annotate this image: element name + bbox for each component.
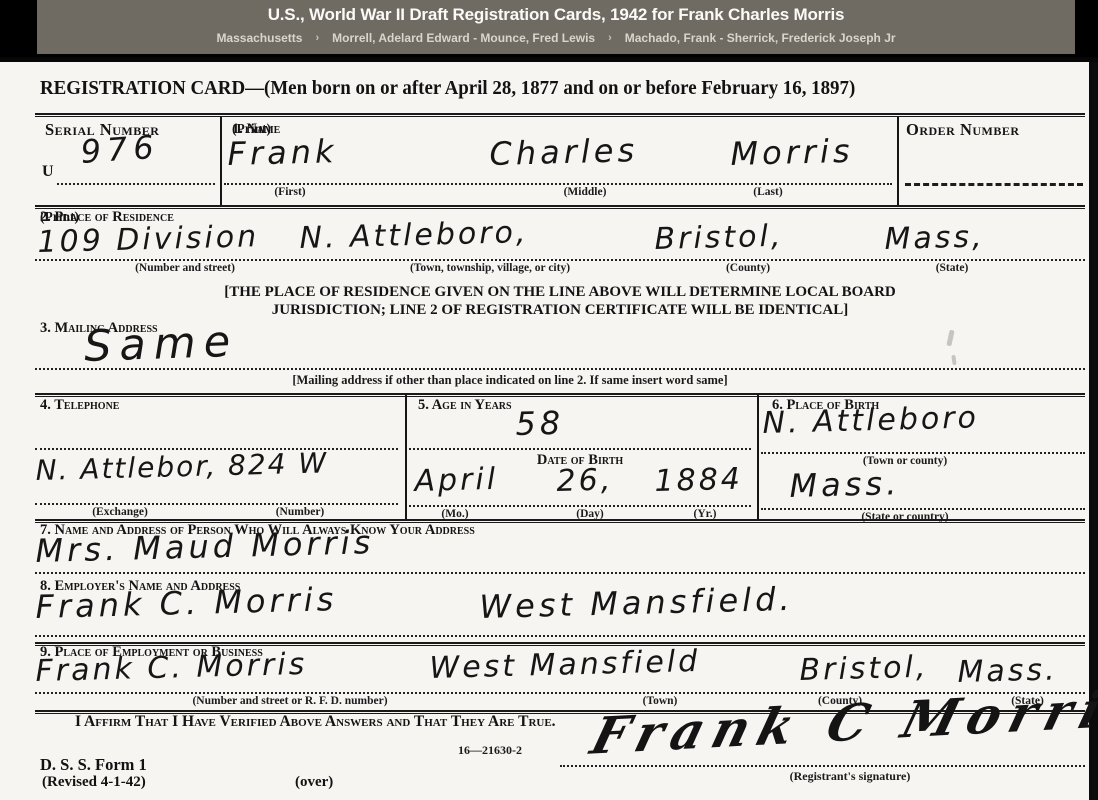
fill-line bbox=[409, 505, 751, 507]
fill-line bbox=[35, 368, 1085, 370]
county-sublabel: (County) bbox=[708, 262, 788, 274]
employer-name-value: Frank C. Morris bbox=[35, 580, 338, 626]
rule-double bbox=[35, 205, 1085, 209]
form-over-note: (over) bbox=[295, 774, 333, 791]
street-sublabel: (Number and street) bbox=[110, 262, 260, 274]
fill-line bbox=[35, 635, 1085, 637]
registrant-signature-value: Frank C Morris bbox=[585, 677, 1098, 766]
first-sublabel: (First) bbox=[255, 186, 325, 198]
telephone-label: 4. Telephone bbox=[40, 397, 119, 414]
fill-line bbox=[409, 448, 751, 450]
breadcrumb-roll-range[interactable]: Morrell, Adelard Edward - Mounce, Fred L… bbox=[332, 31, 595, 45]
telephone-value: N. Attlebor, 824 W bbox=[35, 446, 328, 487]
employment-street-sublabel: (Number and street or R. F. D. number) bbox=[140, 695, 440, 707]
number-sublabel: (Number) bbox=[255, 506, 345, 518]
middle-name-value: Charles bbox=[489, 131, 639, 173]
column-divider bbox=[897, 117, 899, 205]
fill-line bbox=[35, 503, 398, 505]
last-sublabel: (Last) bbox=[733, 186, 803, 198]
page-header: U.S., World War II Draft Registration Ca… bbox=[0, 0, 1098, 57]
birth-state-value: Mass. bbox=[789, 464, 901, 505]
signature-sublabel: (Registrant's signature) bbox=[740, 769, 960, 784]
first-name-value: Frank bbox=[227, 132, 338, 173]
state-sublabel: (State) bbox=[912, 262, 992, 274]
fill-line bbox=[35, 259, 1085, 261]
form-revision: (Revised 4-1-42) bbox=[42, 774, 146, 791]
column-divider bbox=[757, 394, 759, 519]
breadcrumb-name-range[interactable]: Machado, Frank - Sherrick, Frederick Jos… bbox=[625, 31, 896, 45]
jurisdiction-note-line2: JURISDICTION; LINE 2 OF REGISTRATION CER… bbox=[35, 302, 1085, 319]
residence-state-value: Mass, bbox=[884, 219, 985, 257]
breadcrumb-state[interactable]: Massachusetts bbox=[216, 31, 302, 45]
residence-street-value: 109 Division bbox=[37, 219, 259, 260]
mailing-address-note: [Mailing address if other than place ind… bbox=[35, 373, 985, 388]
age-label: 5. Age in Years bbox=[418, 397, 512, 414]
record-scan-image[interactable]: REGISTRATION CARD—(Men born on or after … bbox=[0, 57, 1098, 800]
contact-person-value: Mrs. Maud Morris bbox=[35, 523, 375, 570]
rule-double bbox=[35, 113, 1085, 117]
dob-month-value: April bbox=[414, 462, 498, 499]
residence-town-value: N. Attleboro, bbox=[299, 215, 529, 256]
breadcrumb: Massachusetts › Morrell, Adelard Edward … bbox=[37, 31, 1075, 45]
dob-day-value: 26, bbox=[556, 463, 614, 499]
employer-address-value: West Mansfield. bbox=[479, 580, 794, 626]
fill-line bbox=[35, 572, 1085, 574]
town-sublabel: (Town, township, village, or city) bbox=[380, 262, 600, 274]
order-number-fill-line bbox=[905, 183, 1083, 186]
dob-year-value: 1884 bbox=[654, 462, 743, 499]
mailing-address-value: Same bbox=[83, 317, 239, 372]
rule-double bbox=[35, 393, 1085, 397]
page-title: U.S., World War II Draft Registration Ca… bbox=[37, 5, 1075, 25]
affirmation-text: I Affirm That I Have Verified Above Answ… bbox=[75, 713, 556, 731]
serial-number-value: 976 bbox=[79, 128, 161, 171]
fill-line bbox=[761, 508, 1085, 510]
birth-town-value: N. Attleboro bbox=[762, 400, 979, 441]
fill-line bbox=[57, 183, 215, 185]
column-divider bbox=[405, 394, 407, 519]
fill-line bbox=[224, 183, 892, 185]
exchange-sublabel: (Exchange) bbox=[70, 506, 170, 518]
employment-name-value: Frank C. Morris bbox=[35, 647, 308, 689]
chevron-right-icon: › bbox=[608, 32, 612, 44]
last-name-value: Morris bbox=[730, 132, 854, 173]
middle-sublabel: (Middle) bbox=[545, 186, 625, 198]
employment-town-value: West Mansfield bbox=[429, 644, 701, 686]
card-title: REGISTRATION CARD—(Men born on or after … bbox=[40, 78, 855, 100]
order-number-label: Order Number bbox=[906, 120, 1020, 140]
scan-artifact bbox=[946, 330, 954, 347]
age-value: 58 bbox=[515, 404, 565, 443]
header-bar: U.S., World War II Draft Registration Ca… bbox=[37, 0, 1075, 54]
column-divider bbox=[220, 117, 222, 205]
form-print-code: 16—21630-2 bbox=[458, 743, 522, 758]
employment-county-value: Bristol, bbox=[799, 650, 929, 688]
jurisdiction-note-line1: [THE PLACE OF RESIDENCE GIVEN ON THE LIN… bbox=[35, 284, 1085, 301]
fill-line bbox=[761, 452, 1085, 454]
signature-fill-line bbox=[560, 765, 1085, 767]
residence-county-value: Bristol, bbox=[654, 219, 784, 257]
form-id: D. S. S. Form 1 bbox=[40, 755, 147, 775]
scan-artifact bbox=[951, 355, 956, 365]
serial-prefix: U bbox=[42, 163, 54, 181]
chevron-right-icon: › bbox=[315, 32, 319, 44]
